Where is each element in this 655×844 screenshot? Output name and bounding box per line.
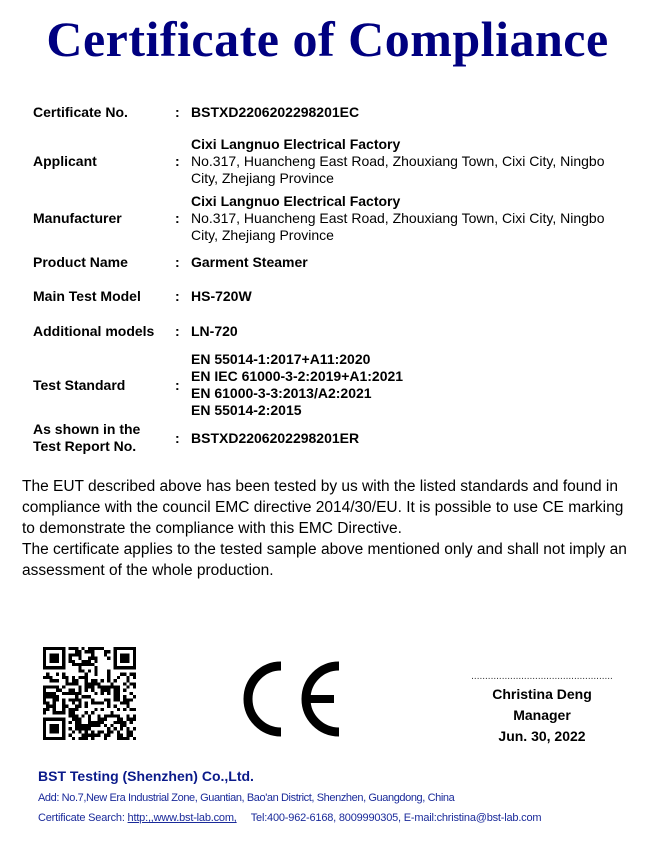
ce-mark-icon — [235, 660, 345, 738]
field-separator: : — [175, 210, 180, 227]
statement-paragraph: The EUT described above has been tested … — [22, 476, 637, 539]
field-value: LN-720 — [191, 323, 641, 340]
field-value: Cixi Langnuo Electrical Factory No.317, … — [191, 193, 641, 244]
field-value: EN 55014-1:2017+A11:2020 EN IEC 61000-3-… — [191, 351, 641, 419]
issue-date: Jun. 30, 2022 — [462, 726, 622, 747]
field-label: Manufacturer — [33, 210, 122, 227]
field-value: BSTXD2206202298201ER — [191, 430, 641, 447]
field-separator: : — [175, 153, 180, 170]
field-separator: : — [175, 430, 180, 447]
field-value: Cixi Langnuo Electrical Factory No.317, … — [191, 136, 641, 187]
statement-paragraph: The certificate applies to the tested sa… — [22, 539, 637, 581]
field-label: Certificate No. — [33, 104, 128, 121]
field-label: Additional models — [33, 323, 154, 340]
field-label: Applicant — [33, 153, 97, 170]
field-separator: : — [175, 254, 180, 271]
signature-line: ........................................… — [462, 672, 622, 684]
search-label: Certificate Search: — [38, 812, 128, 824]
field-label: As shown in the Test Report No. — [33, 421, 140, 455]
field-separator: : — [175, 288, 180, 305]
compliance-statement: The EUT described above has been tested … — [22, 476, 637, 581]
field-value: BSTXD2206202298201EC — [191, 104, 641, 121]
contact-info: Tel:400-962-6168, 8009990305, E-mail:chr… — [237, 812, 542, 824]
issuer-address: Add: No.7,New Era Industrial Zone, Guant… — [38, 792, 454, 804]
field-separator: : — [175, 323, 180, 340]
field-label: Main Test Model — [33, 288, 141, 305]
signature-block: ........................................… — [462, 672, 622, 747]
qr-code-icon[interactable] — [42, 647, 137, 740]
website-link[interactable]: http:,,www.bst-lab.com, — [128, 812, 237, 824]
field-value: Garment Steamer — [191, 254, 641, 271]
signatory-position: Manager — [462, 705, 622, 726]
signatory-name: Christina Deng — [462, 684, 622, 705]
issuer-company: BST Testing (Shenzhen) Co.,Ltd. — [38, 768, 254, 784]
field-label: Product Name — [33, 254, 128, 271]
field-separator: : — [175, 104, 180, 121]
field-value: HS-720W — [191, 288, 641, 305]
certificate-search: Certificate Search: http:,,www.bst-lab.c… — [38, 812, 541, 824]
certificate-title: Certificate of Compliance — [0, 10, 655, 68]
field-label: Test Standard — [33, 377, 125, 394]
field-separator: : — [175, 377, 180, 394]
